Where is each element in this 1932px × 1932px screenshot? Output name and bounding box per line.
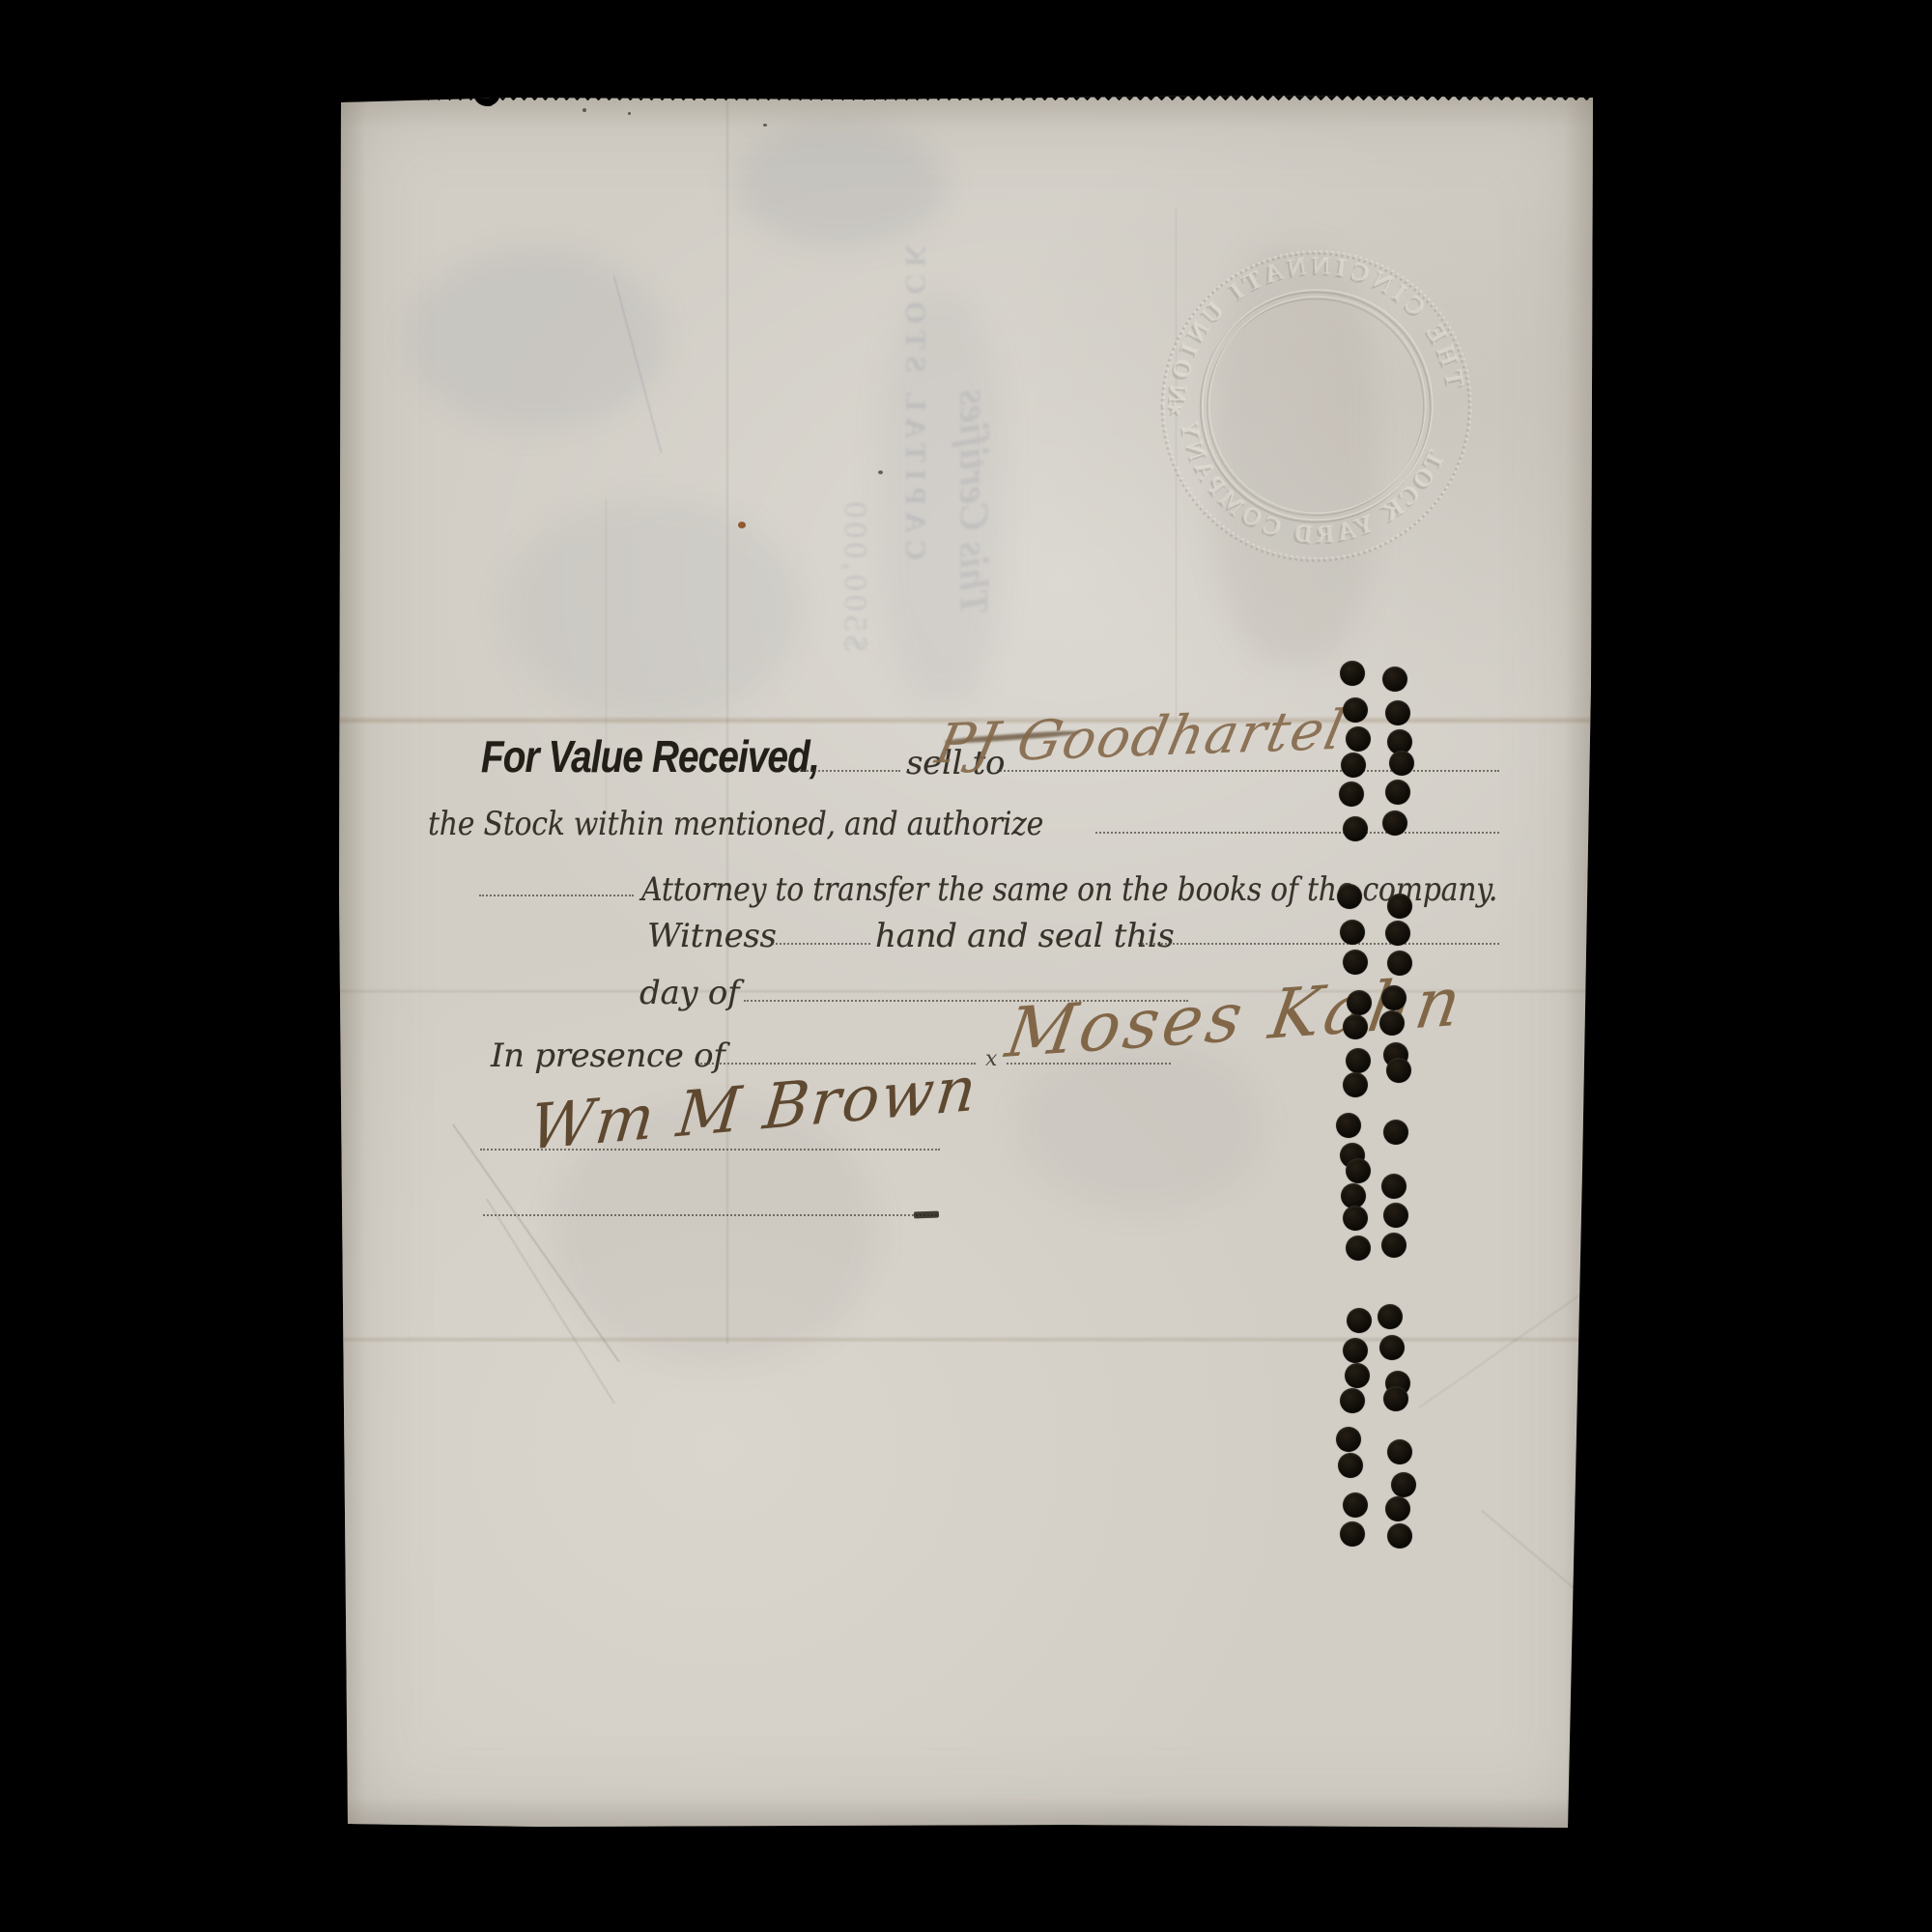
attorney-transfer-line: Attorney to transfer the same on the boo… — [641, 873, 1497, 906]
punch-hole — [1346, 1236, 1371, 1261]
punch-hole — [1346, 1158, 1371, 1183]
punch-hole — [1385, 1496, 1410, 1521]
punch-hole — [1340, 920, 1365, 945]
punch-hole — [1347, 990, 1372, 1015]
punch-hole — [1340, 661, 1365, 686]
blank-line — [1138, 943, 1499, 945]
bleedthrough-amount: $500,000 — [837, 497, 873, 652]
embossed-company-seal: THE CINCINNATI UNION S TOCK YARD COMPANY… — [1152, 241, 1481, 570]
punch-hole — [1387, 1439, 1412, 1464]
edge-speck — [582, 108, 586, 112]
witness-signature-line — [480, 1149, 940, 1151]
punch-hole — [1343, 816, 1368, 841]
edge-speck — [628, 112, 631, 115]
punch-hole — [1379, 1010, 1405, 1036]
edge-speck — [763, 124, 767, 127]
horizontal-fold-crease — [338, 1336, 1596, 1343]
buyer-name-handwriting: PJ Goodhartel — [931, 703, 1350, 772]
red-spot — [738, 522, 746, 528]
x-mark: x — [985, 1047, 997, 1071]
scratch-mark — [1418, 1291, 1585, 1408]
punch-hole — [1343, 1206, 1368, 1231]
punch-hole — [1385, 921, 1410, 946]
punch-hole — [1381, 1233, 1406, 1258]
perforated-edge — [338, 93, 1596, 100]
day-of-label: day of — [639, 977, 739, 1009]
punch-hole — [1382, 667, 1407, 692]
punch-hole — [1379, 1335, 1405, 1360]
punch-hole — [1385, 780, 1410, 805]
bleedthrough-smudge — [734, 122, 947, 247]
blank-line — [1095, 832, 1499, 834]
photo-stage: CAPITAL STOCK $500,000 This Certifies — [0, 0, 1932, 1932]
seal-highlight-layer: THE CINCINNATI UNION S TOCK YARD COMPANY… — [1163, 241, 1481, 558]
punch-hole — [1386, 1058, 1411, 1083]
punch-hole — [1343, 1338, 1368, 1363]
punch-hole — [1382, 810, 1407, 836]
svg-text:★: ★ — [1167, 396, 1184, 419]
punch-hole — [1383, 1120, 1408, 1145]
punch-hole — [1381, 1174, 1406, 1199]
punch-hole — [1339, 781, 1364, 807]
bleedthrough-capital-stock: CAPITAL STOCK — [898, 238, 931, 560]
blank-line — [772, 943, 870, 945]
punch-hole — [1343, 697, 1368, 723]
punch-hole — [1340, 1388, 1365, 1413]
punch-hole — [1341, 753, 1366, 778]
punch-hole — [1337, 884, 1362, 909]
edge-notch — [473, 79, 500, 106]
punch-hole — [1340, 1521, 1365, 1547]
certificate-verso-paper: CAPITAL STOCK $500,000 This Certifies — [338, 93, 1596, 1832]
punch-hole — [1347, 1308, 1372, 1333]
for-value-received-heading: For Value Received, — [481, 734, 819, 779]
punch-hole — [1387, 1523, 1412, 1548]
witness-label: Witness — [647, 920, 777, 952]
blank-line — [479, 895, 634, 896]
punch-hole — [1345, 1363, 1370, 1388]
punch-hole — [1391, 1472, 1416, 1497]
scratch-mark — [1481, 1510, 1696, 1691]
punch-hole — [1343, 1072, 1368, 1097]
in-presence-of-label: In presence of — [491, 1039, 725, 1072]
punch-hole — [1336, 1427, 1361, 1452]
punch-hole — [1383, 1203, 1408, 1228]
ink-speck — [878, 470, 883, 474]
punch-hole — [1383, 1386, 1408, 1411]
bleedthrough-smudge — [502, 498, 802, 721]
punch-hole — [1387, 894, 1412, 919]
punch-hole — [1346, 1048, 1371, 1073]
punch-hole — [1381, 985, 1406, 1010]
stock-within-mentioned-line: the Stock within mentioned, and authoriz… — [428, 808, 1043, 840]
punch-hole — [1389, 751, 1414, 776]
blank-line — [483, 1214, 937, 1216]
punch-hole — [1385, 700, 1410, 725]
punch-hole — [1378, 1304, 1403, 1329]
hand-and-seal-label: hand and seal this — [875, 920, 1174, 952]
vertical-fold-crease — [725, 93, 729, 1344]
punch-hole — [1343, 950, 1368, 975]
bleedthrough-this-certifies: This Certifies — [950, 389, 996, 616]
punch-hole — [1338, 1453, 1363, 1478]
bleedthrough-smudge — [406, 247, 667, 431]
punch-hole — [1336, 1113, 1361, 1138]
blank-line — [800, 770, 900, 772]
punch-hole — [1387, 951, 1412, 976]
punch-hole — [1346, 726, 1371, 752]
ink-dash — [914, 1211, 939, 1219]
punch-hole — [1343, 1014, 1368, 1039]
punch-hole — [1343, 1492, 1368, 1518]
